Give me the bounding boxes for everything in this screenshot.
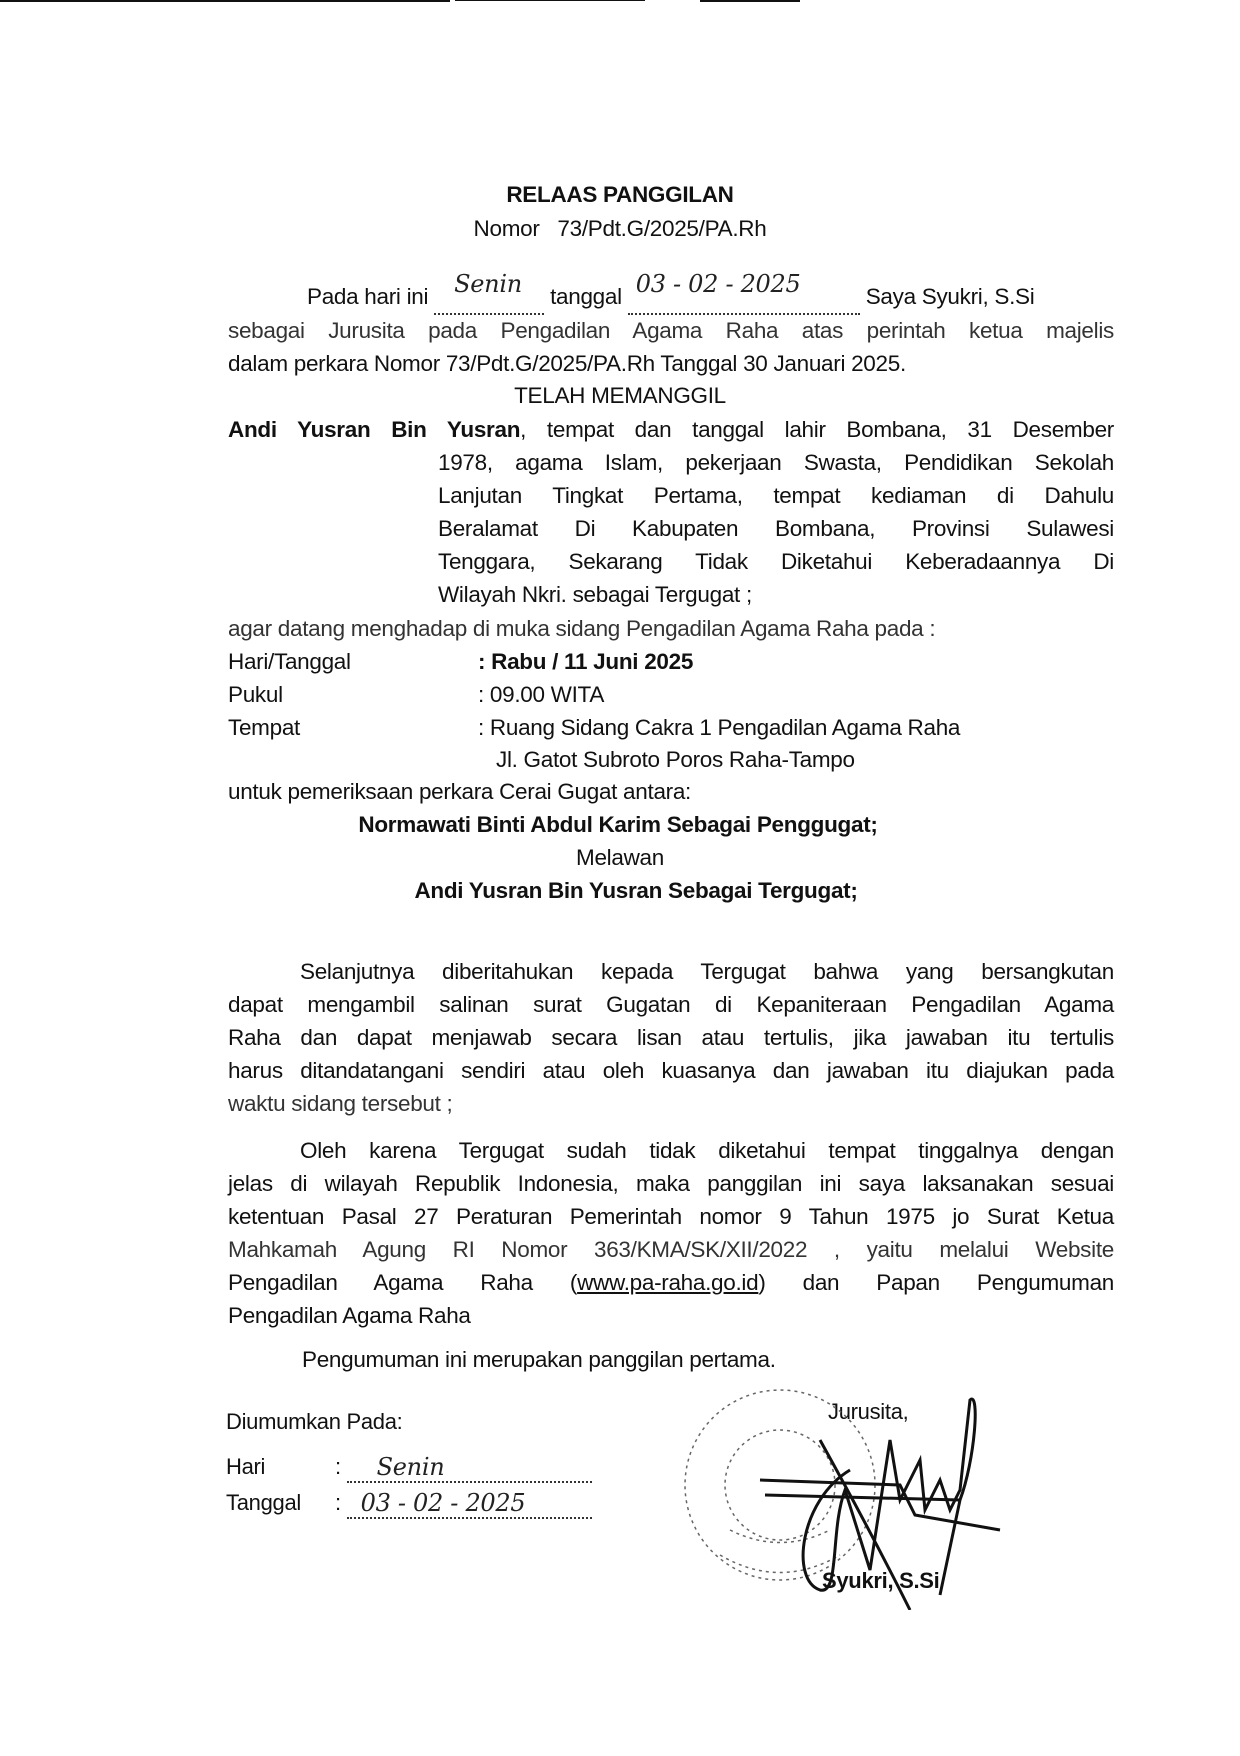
- paragraph-line: dapat mengambil salinan surat Gugatan di…: [228, 988, 1114, 1021]
- summons-value: : Rabu / 11 Juni 2025: [478, 645, 693, 678]
- summons-value: : 09.00 WITA: [478, 678, 604, 711]
- party-detail-line: Wilayah Nkri. sebagai Tergugat ;: [438, 578, 752, 611]
- document-number: Nomor 73/Pdt.G/2025/PA.Rh: [0, 212, 1240, 245]
- paragraph-last-line: Pengadilan Agama Raha: [228, 1299, 471, 1332]
- court-seal-icon: [685, 1390, 875, 1580]
- court-address: Jl. Gatot Subroto Poros Raha-Tampo: [496, 743, 855, 776]
- summons-label: Hari/Tanggal: [228, 645, 351, 678]
- plaintiff: Normawati Binti Abdul Karim Sebagai Peng…: [0, 808, 1238, 841]
- party-detail-line: 1978, agama Islam, pekerjaan Swasta, Pen…: [438, 446, 1114, 479]
- intro-line-3: dalam perkara Nomor 73/Pdt.G/2025/PA.Rh …: [228, 347, 906, 380]
- document-title: RELAAS PANGGILAN: [0, 178, 1240, 211]
- party-detail-line: Beralamat Di Kabupaten Bombana, Provinsi…: [438, 512, 1114, 545]
- party-detail-line: Tenggara, Sekarang Tidak Diketahui Keber…: [438, 545, 1114, 578]
- summons-label: Tempat: [228, 711, 300, 744]
- announced-hari-label: Hari: [226, 1450, 265, 1483]
- defendant: Andi Yusran Bin Yusran Sebagai Tergugat;: [16, 874, 1240, 907]
- summons-value: : Ruang Sidang Cakra 1 Pengadilan Agama …: [478, 711, 960, 744]
- paragraph-line: Raha dan dapat menjawab secara lisan ata…: [228, 1021, 1114, 1054]
- telah-memanggil-heading: TELAH MEMANGGIL: [0, 379, 1240, 412]
- website-link[interactable]: www.pa-raha.go.id: [577, 1270, 758, 1295]
- announced-tanggal-label: Tanggal: [226, 1486, 301, 1519]
- summons-label: Pukul: [228, 678, 283, 711]
- closing-statement: Pengumuman ini merupakan panggilan perta…: [302, 1343, 776, 1376]
- signatory-name: Syukri, S.Si: [822, 1564, 939, 1597]
- party-detail-line: Lanjutan Tingkat Pertama, tempat kediama…: [438, 479, 1114, 512]
- paragraph-line: Mahkamah Agung RI Nomor 363/KMA/SK/XII/2…: [228, 1233, 1114, 1266]
- announced-tanggal-field: : 03 - 02 - 2025: [335, 1486, 592, 1519]
- summons-intro: agar datang menghadap di muka sidang Pen…: [228, 612, 935, 645]
- case-intro: untuk pemeriksaan perkara Cerai Gugat an…: [228, 775, 691, 808]
- intro-line: Pada hari ini Senin tanggal 03 - 02 - 20…: [307, 280, 1034, 315]
- party-first-line: Andi Yusran Bin Yusran, tempat dan tangg…: [228, 413, 1114, 446]
- paragraph-line: jelas di wilayah Republik Indonesia, mak…: [228, 1167, 1114, 1200]
- scan-border: [455, 0, 645, 1]
- versus: Melawan: [0, 841, 1240, 874]
- paragraph-line: Oleh karena Tergugat sudah tidak diketah…: [300, 1134, 1114, 1167]
- tanggal-field: 03 - 02 - 2025: [628, 280, 860, 315]
- paragraph-line: waktu sidang tersebut ;: [228, 1087, 452, 1120]
- paragraph-line: harus ditandatangani sendiri atau oleh k…: [228, 1054, 1114, 1087]
- hari-field: Senin: [434, 280, 544, 315]
- paragraph-line: ketentuan Pasal 27 Peraturan Pemerintah …: [228, 1200, 1114, 1233]
- paragraph-link-line: Pengadilan Agama Raha (www.pa-raha.go.id…: [228, 1266, 1114, 1299]
- announced-hari-field: : Senin: [335, 1450, 592, 1483]
- scan-border: [700, 0, 800, 2]
- intro-line-2: sebagai Jurusita pada Pengadilan Agama R…: [228, 314, 1114, 347]
- announced-title: Diumumkan Pada:: [226, 1405, 402, 1438]
- scan-border: [0, 0, 450, 2]
- paragraph-line: Selanjutnya diberitahukan kepada Terguga…: [300, 955, 1114, 988]
